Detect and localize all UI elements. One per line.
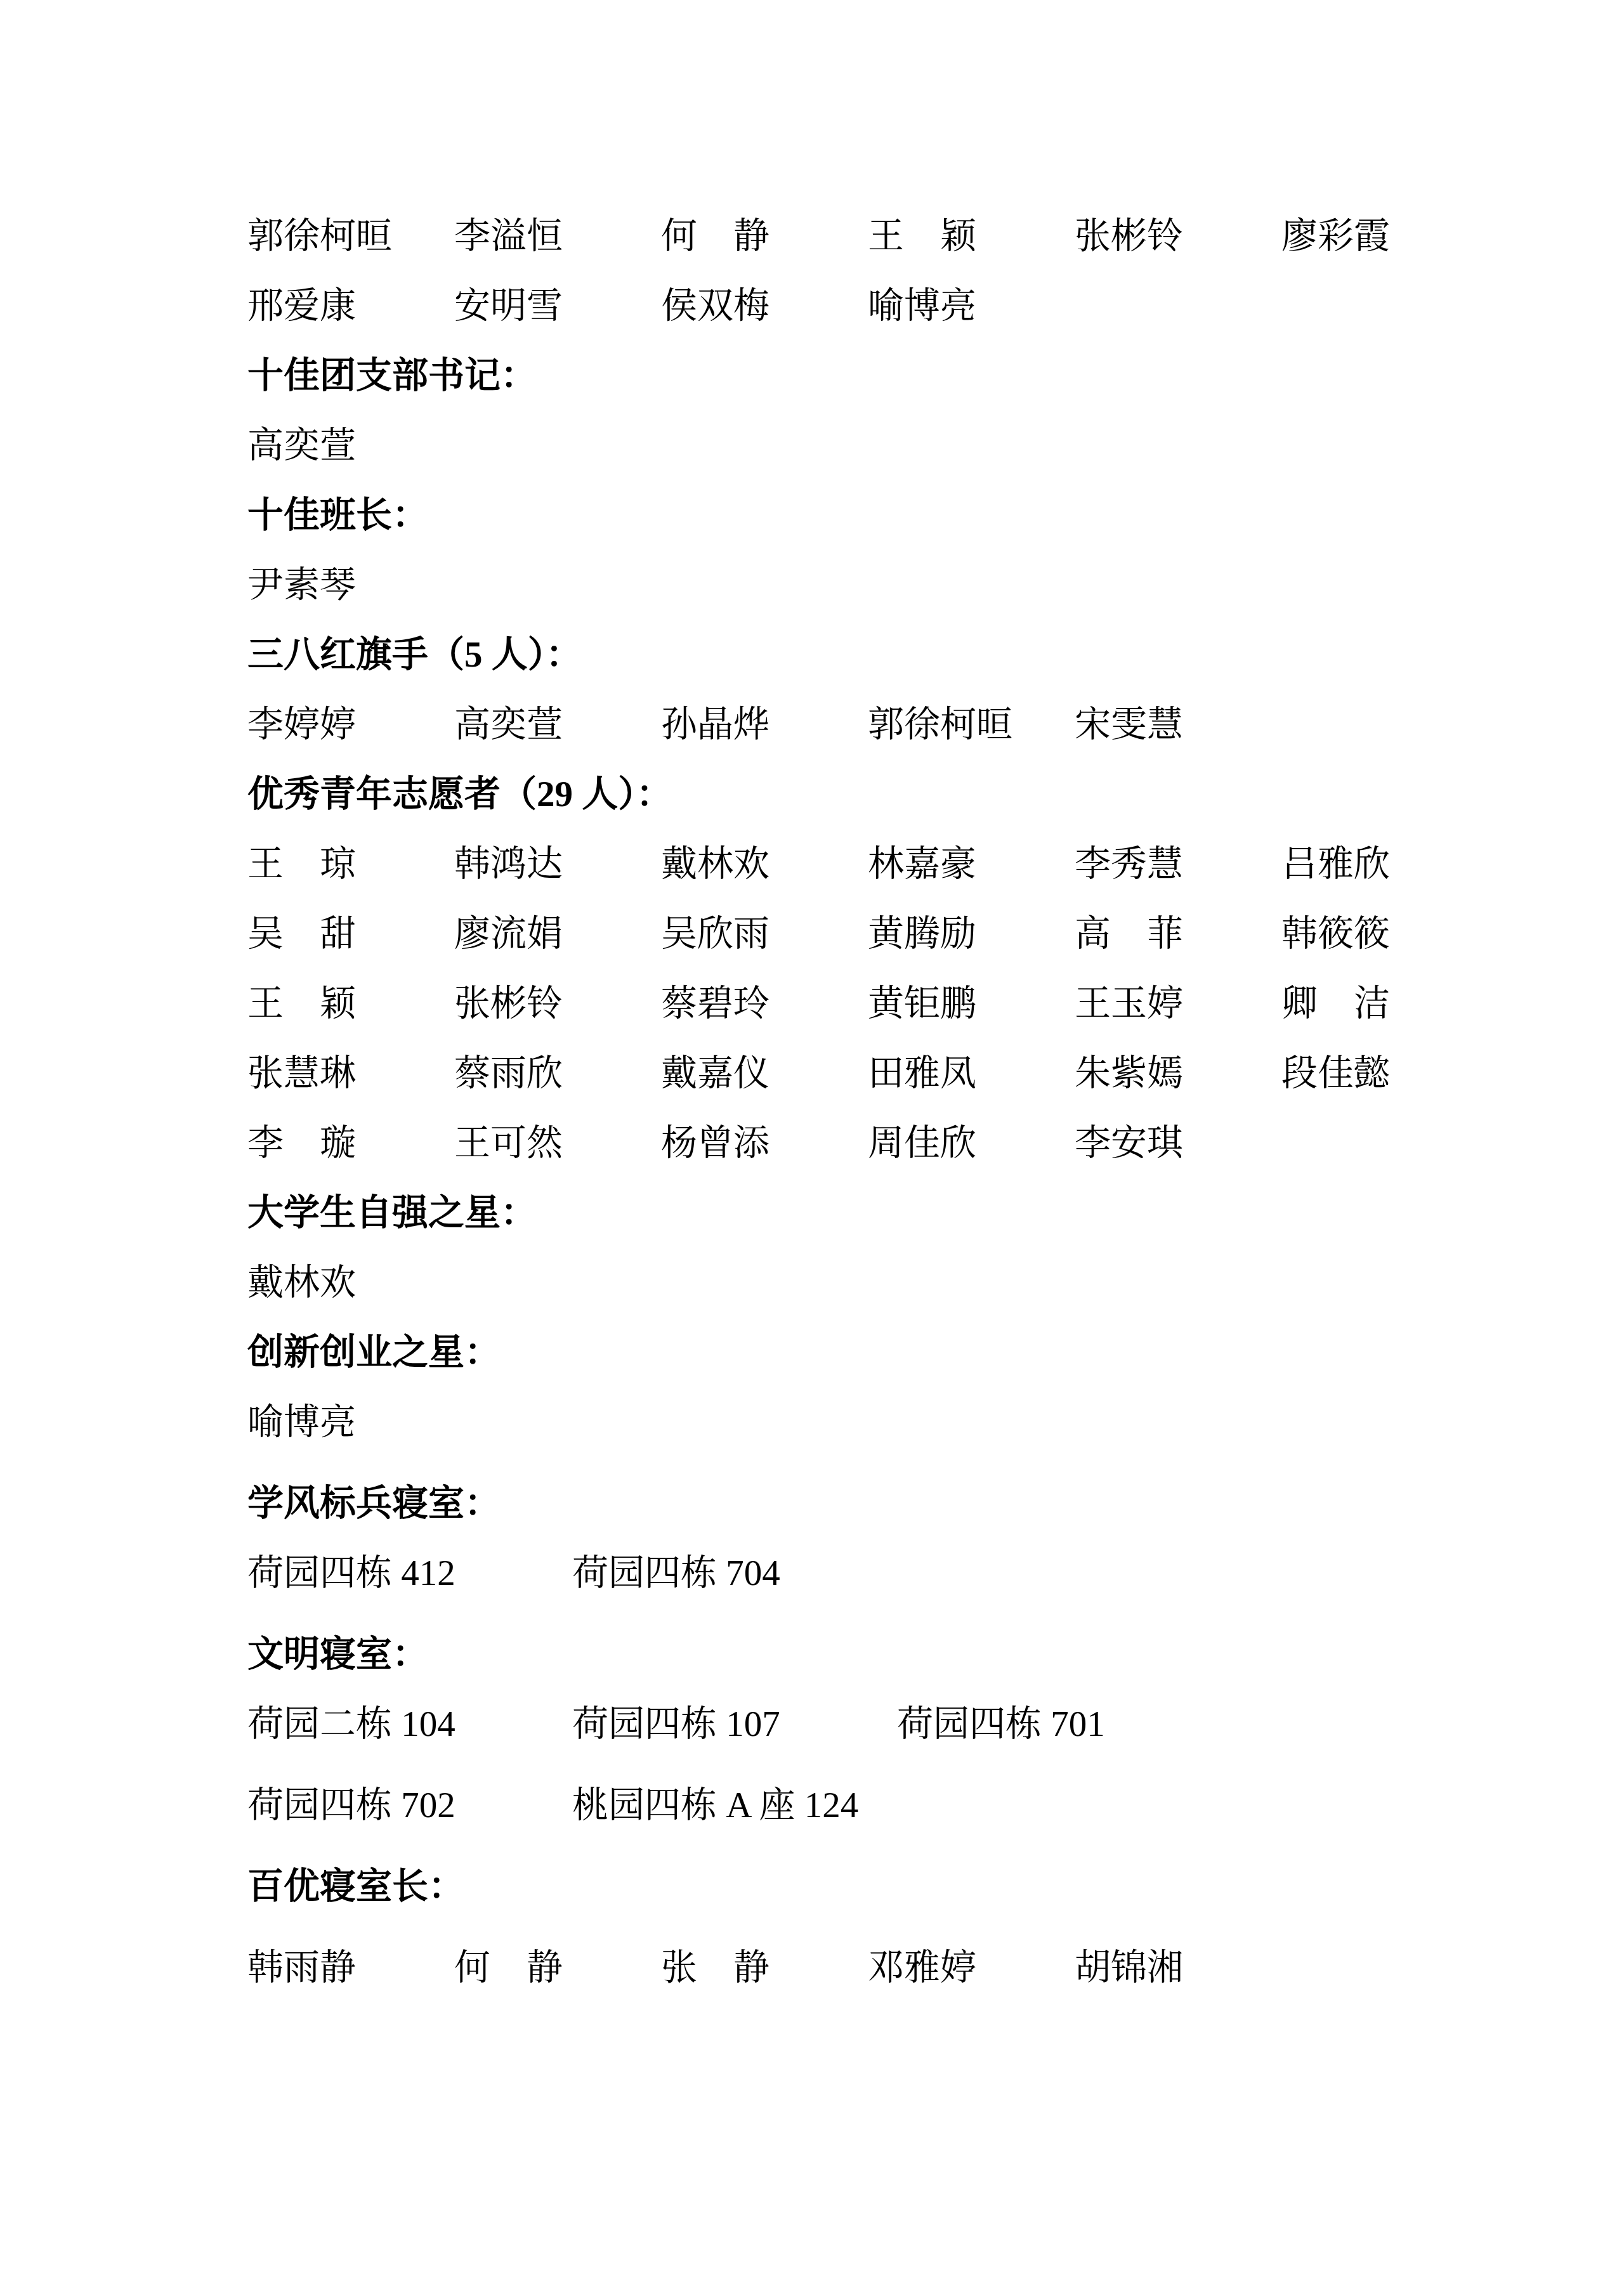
name-item: 李溢恒 [454,202,661,271]
name-item: 侯双梅 [661,271,868,341]
name-item: 张彬铃 [1075,202,1281,271]
name-item: 周佳欣 [868,1109,1075,1178]
name-item: 韩筱筱 [1281,899,1390,969]
name-item: 尹素琴 [247,551,356,620]
name-item: 卿 洁 [1281,969,1390,1039]
name-item: 朱紫嫣 [1075,1039,1281,1109]
name-item: 宋雯慧 [1075,690,1183,760]
award-list: 郭徐柯晅李溢恒何 静王 颖张彬铃廖彩霞邢爱康安明雪侯双梅喻博亮十佳团支部书记：高… [247,202,1434,2003]
name-item: 喻博亮 [247,1388,356,1458]
name-item: 何 静 [454,1933,661,2003]
names-row: 尹素琴 [247,551,1434,620]
name-item: 黄腾励 [868,899,1075,969]
name-item: 吴欣雨 [661,899,868,969]
dorm-row: 荷园二栋 104荷园四栋 107荷园四栋 701 [247,1690,1434,1759]
name-item: 吕雅欣 [1281,830,1390,899]
section-heading: 百优寝室长： [247,1852,1434,1922]
name-item: 李安琪 [1075,1109,1183,1178]
document-page: 郭徐柯晅李溢恒何 静王 颖张彬铃廖彩霞邢爱康安明雪侯双梅喻博亮十佳团支部书记：高… [0,0,1624,2296]
name-item: 高 菲 [1075,899,1281,969]
dorm-row: 荷园四栋 702桃园四栋 A 座 124 [247,1771,1434,1841]
name-item: 喻博亮 [868,271,976,341]
name-item: 李秀慧 [1075,830,1281,899]
name-item: 胡锦湘 [1075,1933,1183,2003]
name-item: 张 静 [661,1933,868,2003]
name-item: 何 静 [661,202,868,271]
section-heading: 文明寝室： [247,1620,1434,1690]
section-heading: 三八红旗手（5 人）： [247,620,1434,690]
name-item: 吴 甜 [247,899,454,969]
name-item: 高奕萱 [454,690,661,760]
dorm-item: 荷园四栋 107 [572,1690,897,1759]
names-row: 王 颖张彬铃蔡碧玲黄钜鹏王玉婷卿 洁 [247,969,1434,1039]
section-heading: 十佳班长： [247,481,1434,551]
names-row: 李 璇王可然杨曾添周佳欣李安琪 [247,1109,1434,1178]
name-item: 廖彩霞 [1281,202,1390,271]
names-row: 高奕萱 [247,411,1434,481]
names-row: 张慧琳蔡雨欣戴嘉仪田雅凤朱紫嫣段佳懿 [247,1039,1434,1109]
dorm-item: 荷园四栋 704 [572,1539,780,1608]
name-item: 田雅凤 [868,1039,1075,1109]
names-row: 戴林欢 [247,1248,1434,1318]
name-item: 邢爱康 [247,271,454,341]
name-item: 韩雨静 [247,1933,454,2003]
dorm-item: 荷园二栋 104 [247,1690,572,1759]
names-row: 邢爱康安明雪侯双梅喻博亮 [247,271,1434,341]
name-item: 王 颖 [868,202,1075,271]
dorm-item: 荷园四栋 701 [897,1690,1105,1759]
names-row: 王 琼韩鸿达戴林欢林嘉豪李秀慧吕雅欣 [247,830,1434,899]
name-item: 王 颖 [247,969,454,1039]
name-item: 王玉婷 [1075,969,1281,1039]
name-item: 王可然 [454,1109,661,1178]
section-heading: 创新创业之星： [247,1318,1434,1388]
dorm-row: 荷园四栋 412荷园四栋 704 [247,1539,1434,1608]
name-item: 张彬铃 [454,969,661,1039]
names-row: 喻博亮 [247,1388,1434,1458]
names-row: 李婷婷高奕萱孙晶烨郭徐柯晅宋雯慧 [247,690,1434,760]
dorm-item: 桃园四栋 A 座 124 [572,1771,858,1841]
name-item: 李 璇 [247,1109,454,1178]
section-heading: 优秀青年志愿者（29 人）： [247,760,1434,830]
name-item: 廖流娟 [454,899,661,969]
name-item: 黄钜鹏 [868,969,1075,1039]
dorm-item: 荷园四栋 702 [247,1771,572,1841]
name-item: 蔡雨欣 [454,1039,661,1109]
section-heading: 大学生自强之星： [247,1178,1434,1248]
name-item: 韩鸿达 [454,830,661,899]
name-item: 郭徐柯晅 [868,690,1075,760]
name-item: 杨曾添 [661,1109,868,1178]
name-item: 蔡碧玲 [661,969,868,1039]
dorm-item: 荷园四栋 412 [247,1539,572,1608]
name-item: 孙晶烨 [661,690,868,760]
name-item: 安明雪 [454,271,661,341]
name-item: 戴林欢 [661,830,868,899]
section-heading: 学风标兵寝室： [247,1469,1434,1539]
names-row: 韩雨静何 静张 静邓雅婷胡锦湘 [247,1933,1434,2003]
name-item: 郭徐柯晅 [247,202,454,271]
section-heading: 十佳团支部书记： [247,341,1434,411]
name-item: 段佳懿 [1281,1039,1390,1109]
name-item: 王 琼 [247,830,454,899]
names-row: 吴 甜廖流娟吴欣雨黄腾励高 菲韩筱筱 [247,899,1434,969]
name-item: 高奕萱 [247,411,356,481]
name-item: 邓雅婷 [868,1933,1075,2003]
names-row: 郭徐柯晅李溢恒何 静王 颖张彬铃廖彩霞 [247,202,1434,271]
name-item: 戴嘉仪 [661,1039,868,1109]
name-item: 戴林欢 [247,1248,356,1318]
name-item: 林嘉豪 [868,830,1075,899]
name-item: 李婷婷 [247,690,454,760]
name-item: 张慧琳 [247,1039,454,1109]
